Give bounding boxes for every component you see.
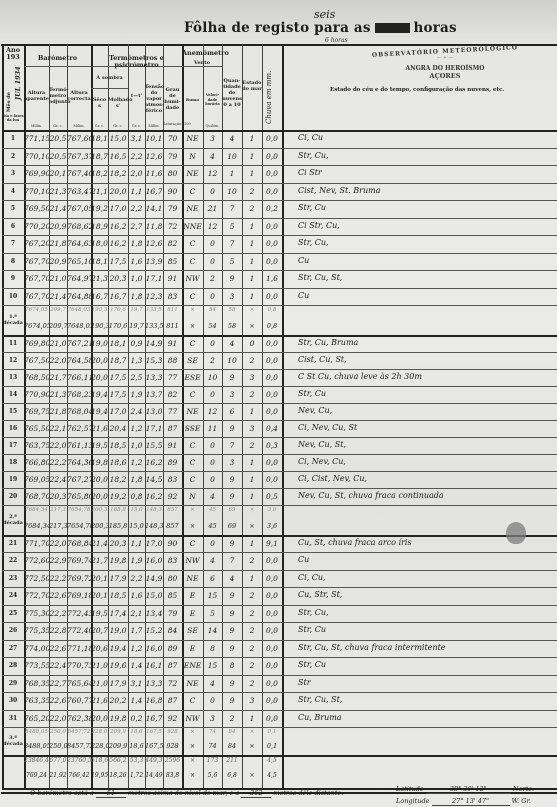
- cell-chuva: 0,0: [262, 239, 282, 248]
- cell-t: 22,4: [49, 475, 67, 484]
- cell-m: 18,1: [108, 339, 128, 348]
- remarks-d3: Ci, Cu,: [298, 573, 548, 582]
- cell-vel: 11: [203, 424, 222, 433]
- day-number: 17: [2, 442, 24, 449]
- day-number: 2: [2, 153, 24, 160]
- cell-mar: 1: [242, 222, 262, 231]
- decade-draft-chuva: 3,6: [262, 507, 282, 513]
- cell-h: 82: [163, 239, 182, 248]
- remarks-d1: Ci Str, Cu,: [298, 221, 548, 230]
- row-rule: [2, 403, 557, 404]
- header-a-sombra: À sombra: [91, 75, 128, 81]
- cell-nuv: 9: [222, 475, 242, 484]
- header-estado-mar: Estado do mar: [242, 80, 262, 92]
- cell-s: 20,1: [91, 591, 108, 600]
- cell-vel: 0: [203, 239, 222, 248]
- cell-vel: 0: [203, 339, 222, 348]
- row-rule: [2, 218, 557, 219]
- decade-draft-d: 19,7: [128, 307, 145, 313]
- cell-rumo: C: [182, 475, 203, 484]
- cell-t: 22,9: [49, 556, 67, 565]
- row-rule: [2, 305, 557, 306]
- cell-mar: 1: [242, 239, 262, 248]
- cell-h: 92: [163, 492, 182, 501]
- day-number: 15: [2, 408, 24, 415]
- cell-d: 2,0: [128, 169, 145, 178]
- header-velocidade: Veloci-dade horária: [203, 93, 222, 107]
- decade-draft-chuva: 0,1: [262, 729, 282, 735]
- cell-mar: 1: [242, 574, 262, 583]
- cell-alt: 767,70: [24, 292, 49, 301]
- unit-termo: Gr. c.: [49, 124, 67, 128]
- cell-tv: 16,0: [145, 556, 163, 565]
- remarks-d1: Ci Str: [298, 168, 548, 177]
- cell-d: 0,9: [128, 339, 145, 348]
- cell-alt: 771,15: [24, 134, 49, 143]
- unit-seco: Gr. c.: [91, 124, 108, 128]
- decade-total-chuva: 0,1: [262, 742, 282, 750]
- cell-h: 79: [163, 152, 182, 161]
- cell-t: 22,2: [49, 609, 67, 618]
- cell-mar: 3: [242, 424, 262, 433]
- cell-rumo: NNE: [182, 222, 203, 231]
- cell-alt: 767,70: [24, 257, 49, 266]
- cell-tv: 15,2: [145, 626, 163, 635]
- cell-tv: 15,3: [145, 356, 163, 365]
- cell-t: 22,7: [49, 679, 67, 688]
- cell-nuv: 7: [222, 556, 242, 565]
- cell-tv: 11,8: [145, 222, 163, 231]
- cell-vel: 12: [203, 169, 222, 178]
- decade-draft-cor: 7648,03: [67, 307, 91, 313]
- cell-t: 22,2: [49, 458, 67, 467]
- stamp-place: ANGRA DO HEROÍSMO: [370, 65, 520, 72]
- cell-nuv: 10: [222, 152, 242, 161]
- header-chuva: Chuva em mm.: [265, 71, 273, 124]
- cell-m: 19,4: [108, 644, 128, 653]
- cell-chuva: 0,0: [262, 407, 282, 416]
- cell-alt: 769,90: [24, 169, 49, 178]
- monthly-total-cor: 766,42: [67, 772, 91, 779]
- cell-rumo: C: [182, 257, 203, 266]
- cell-h: 77: [163, 373, 182, 382]
- cell-t: 22,1: [49, 424, 67, 433]
- cell-tv: 12,3: [145, 292, 163, 301]
- cell-m: 17,9: [108, 679, 128, 688]
- cell-nuv: 9: [222, 424, 242, 433]
- cell-vel: 4: [203, 556, 222, 565]
- day-number: 20: [2, 493, 24, 500]
- row-rule: [24, 66, 91, 67]
- cell-alt: 769,75: [24, 407, 49, 416]
- cell-nuv: 2: [222, 714, 242, 723]
- cell-nuv: 9: [222, 492, 242, 501]
- barometer-note: O barómetro está a 51 metros acima do ní…: [30, 789, 343, 798]
- cell-m: 18,5: [108, 441, 128, 450]
- cell-rumo: NE: [182, 134, 203, 143]
- column-rule: [282, 44, 284, 790]
- cell-rumo: C: [182, 239, 203, 248]
- cell-chuva: 0,2: [262, 204, 282, 213]
- cell-mar: 2: [242, 609, 262, 618]
- cell-nuv: 4: [222, 134, 242, 143]
- decade-draft-nuv: 58: [222, 307, 242, 313]
- cell-alt: 771,70: [24, 539, 49, 548]
- cell-vel: 8: [203, 644, 222, 653]
- cell-s: 18,0: [91, 239, 108, 248]
- cell-m: 18,5: [108, 591, 128, 600]
- day-number: 14: [2, 391, 24, 398]
- cell-tv: 13,7: [145, 390, 163, 399]
- remarks-d2: Nev, Cu, St,: [298, 440, 548, 449]
- cell-mar: 1: [242, 714, 262, 723]
- decade-total-rumo: ×: [182, 522, 203, 530]
- cell-chuva: 0,0: [262, 609, 282, 618]
- cell-tv: 15,5: [145, 441, 163, 450]
- cell-h: 85: [163, 591, 182, 600]
- header-rumo: Rumo: [182, 97, 203, 103]
- unit-tensao: Milím.: [145, 124, 163, 128]
- cell-mar: 2: [242, 441, 262, 450]
- header-vento: Vento: [182, 60, 222, 66]
- day-number: 27: [2, 645, 24, 652]
- decade-total-h: 811: [163, 322, 182, 330]
- decade-total-s: 228,0: [91, 742, 108, 750]
- cell-mar: 2: [242, 204, 262, 213]
- cell-cor: 767,60: [67, 134, 91, 143]
- remarks-d1: Cu: [298, 256, 548, 265]
- monthly-total-s: 618,6: [91, 757, 108, 764]
- cell-rumo: ENE: [182, 661, 203, 670]
- cell-cor: 764,88: [67, 292, 91, 301]
- row-rule: [2, 270, 557, 271]
- decade-total-mar: ×: [242, 522, 262, 530]
- remarks-d2: C St Cu, chuva leve às 2h 30m: [298, 372, 548, 381]
- cell-mar: 2: [242, 644, 262, 653]
- decade-draft-nuv: 69: [222, 507, 242, 513]
- cell-tv: 17,0: [145, 539, 163, 548]
- decade-draft-alt: 7684,34: [24, 507, 49, 513]
- cell-h: 83: [163, 292, 182, 301]
- cell-tv: 14,5: [145, 475, 163, 484]
- unit-velocidade: Quilóm.: [203, 124, 222, 128]
- cell-s: 21,0: [91, 679, 108, 688]
- cell-h: 89: [163, 644, 182, 653]
- decade-draft-alt: 7674,05: [24, 307, 49, 313]
- decade-draft-s: 190,3: [91, 307, 108, 313]
- day-number: 25: [2, 610, 24, 617]
- decade-total-d: 19,7: [128, 322, 145, 330]
- decade-total-d: 18,6: [128, 742, 145, 750]
- title-prefix: Fôlha de registo para as: [184, 20, 371, 36]
- cell-d: 1,4: [128, 696, 145, 705]
- decade-draft-tv: 133,5: [145, 307, 163, 313]
- decade-total-h: 928: [163, 742, 182, 750]
- cell-cor: 760,77: [67, 696, 91, 705]
- cell-s: 20,0: [91, 475, 108, 484]
- cell-tv: 12,6: [145, 239, 163, 248]
- cell-m: 17,0: [108, 407, 128, 416]
- cell-alt: 770,10: [24, 152, 49, 161]
- cell-h: 91: [163, 441, 182, 450]
- cell-rumo: NE: [182, 407, 203, 416]
- cell-vel: 3: [203, 714, 222, 723]
- day-number: 5: [2, 205, 24, 212]
- cell-chuva: 0,0: [262, 696, 282, 705]
- decade-label: 3.ª década: [2, 735, 24, 747]
- cell-t: 20,9: [49, 257, 67, 266]
- cell-h: 91: [163, 274, 182, 283]
- cell-s: 19,2: [91, 204, 108, 213]
- cell-tv: 16,7: [145, 714, 163, 723]
- latitude-suffix: Norte.: [513, 785, 534, 793]
- cell-alt: 765,50: [24, 424, 49, 433]
- monthly-total-chuva: 4,5: [262, 772, 282, 779]
- header-tensao: Tensão do vapor atmos-férico: [145, 84, 163, 114]
- cell-d: 1,0: [128, 441, 145, 450]
- cell-m: 16,7: [108, 292, 128, 301]
- day-number: 11: [2, 340, 24, 347]
- unit-molhado: Gr. c.: [108, 124, 128, 128]
- cell-h: 79: [163, 609, 182, 618]
- decade-total-t: 209,7: [49, 322, 67, 330]
- row-rule: [91, 88, 128, 89]
- row-rule: [2, 622, 557, 623]
- remarks-d2: Str, Cu, Bruma: [298, 338, 548, 347]
- cell-cor: 768,62: [67, 222, 91, 231]
- cell-vel: 0: [203, 475, 222, 484]
- cell-cor: 769,74: [67, 556, 91, 565]
- remarks-d2: Str, Cu: [298, 389, 548, 398]
- row-rule: [2, 675, 557, 676]
- cell-cor: 768,04: [67, 407, 91, 416]
- cell-cor: 772,40: [67, 626, 91, 635]
- row-rule: [2, 692, 557, 693]
- cell-t: 22,6: [49, 644, 67, 653]
- cell-nuv: 4: [222, 574, 242, 583]
- cell-mar: 2: [242, 187, 262, 196]
- day-number: 29: [2, 680, 24, 687]
- cell-d: 1,9: [128, 556, 145, 565]
- cell-mar: 1: [242, 292, 262, 301]
- day-number: 4: [2, 188, 24, 195]
- cell-s: 21,0: [91, 661, 108, 670]
- decade-total-rumo: ×: [182, 742, 203, 750]
- cell-alt: 772,70: [24, 591, 49, 600]
- decade-total-tv: 167,5: [145, 742, 163, 750]
- remarks-d3: Str: [298, 678, 548, 687]
- decade-draft-t: 209,7: [49, 307, 67, 313]
- header-molhado: Molhado s': [108, 97, 128, 109]
- cell-rumo: C: [182, 187, 203, 196]
- day-number: 8: [2, 258, 24, 265]
- remarks-d1: Ci, Cu: [298, 133, 548, 142]
- cell-s: 21,1: [91, 187, 108, 196]
- decade-total-mar: ×: [242, 742, 262, 750]
- cell-chuva: 0,0: [262, 661, 282, 670]
- cell-tv: 10,1: [145, 134, 163, 143]
- decade-draft-rumo: ×: [182, 307, 203, 313]
- decade-draft-m: 209,9: [108, 729, 128, 735]
- cell-alt: 763,35: [24, 696, 49, 705]
- cell-rumo: E: [182, 609, 203, 618]
- decade-label: 2.ª década: [2, 514, 24, 526]
- decade-draft-rumo: ×: [182, 507, 203, 513]
- decade-total-m: 185,8: [108, 522, 128, 530]
- decade-draft-cor: 7654,78: [67, 507, 91, 513]
- row-rule: [2, 130, 557, 132]
- cell-nuv: 6: [222, 407, 242, 416]
- remarks-d3: Cu, Str, St,: [298, 590, 548, 599]
- decade-total-tv: 148,3: [145, 522, 163, 530]
- remarks-d1: Str, Cu,: [298, 151, 548, 160]
- cell-vel: 5: [203, 609, 222, 618]
- decade-draft-mar: ×: [242, 729, 262, 735]
- decade-total-alt: 7684,34: [24, 522, 49, 530]
- remarks-d1: Cist, Nev, St. Bruma: [298, 186, 548, 195]
- stamp-region: AÇORES: [370, 72, 520, 80]
- cell-m: 19,6: [108, 661, 128, 670]
- cell-m: 18,2: [108, 475, 128, 484]
- row-rule: [2, 386, 557, 387]
- decade-draft-rumo: ×: [182, 729, 203, 735]
- cell-m: 16,5: [108, 152, 128, 161]
- cell-s: 20,1: [91, 574, 108, 583]
- cell-h: 72: [163, 222, 182, 231]
- cell-s: 20,0: [91, 356, 108, 365]
- cell-mar: 1: [242, 257, 262, 266]
- cell-cor: 771,18: [67, 644, 91, 653]
- cell-m: 20,2: [108, 696, 128, 705]
- cell-s: 19,0: [91, 339, 108, 348]
- cell-t: 21,4: [49, 292, 67, 301]
- day-number: 16: [2, 425, 24, 432]
- cell-rumo: NE: [182, 574, 203, 583]
- remarks-d3: Cu: [298, 555, 548, 564]
- cell-rumo: ESE: [182, 373, 203, 382]
- cell-d: 0,8: [128, 492, 145, 501]
- cell-alt: 767,20: [24, 239, 49, 248]
- remarks-d3: Str, Cu: [298, 660, 548, 669]
- unit-alt-aparente: Milím.: [24, 124, 49, 128]
- decade-draft-chuva: 0,8: [262, 307, 282, 313]
- cell-nuv: 9: [222, 591, 242, 600]
- cell-alt: 773,55: [24, 661, 49, 670]
- cell-nuv: 7: [222, 441, 242, 450]
- cell-d: 1,0: [128, 274, 145, 283]
- header-month-value: JUL 1934: [14, 66, 22, 100]
- cell-m: 18,2: [108, 169, 128, 178]
- decade-total-cor: 7654,78: [67, 522, 91, 530]
- cell-s: 18,7: [91, 152, 108, 161]
- cell-chuva: 0,0: [262, 644, 282, 653]
- remarks-d1: Str, Cu,: [298, 238, 548, 247]
- cell-h: 82: [163, 390, 182, 399]
- cell-cor: 769,18: [67, 591, 91, 600]
- cell-rumo: NW: [182, 714, 203, 723]
- decade-total-vel: 45: [203, 522, 222, 530]
- cell-tv: 16,0: [145, 644, 163, 653]
- cell-alt: 765,20: [24, 714, 49, 723]
- cell-tv: 14,1: [145, 204, 163, 213]
- decade-draft-alt: 8488,05: [24, 729, 49, 735]
- cell-d: 1,6: [128, 257, 145, 266]
- cell-chuva: 0,0: [262, 679, 282, 688]
- cell-s: 21,6: [91, 424, 108, 433]
- row-rule: [2, 552, 557, 553]
- decade-total-mar: ×: [242, 322, 262, 330]
- cell-alt: 767,70: [24, 274, 49, 283]
- monthly-total-tv: 14,49: [145, 772, 163, 779]
- decade-total-s: 200,3: [91, 522, 108, 530]
- longitude: Longitude 27° 13' 47" W. Gr.: [396, 797, 531, 806]
- cell-vel: 0: [203, 441, 222, 450]
- cell-h: 79: [163, 204, 182, 213]
- barometer-suffix: metros dêle distante.: [273, 789, 343, 797]
- cell-alt: 772,50: [24, 574, 49, 583]
- cell-t: 21,8: [49, 407, 67, 416]
- cell-t: 21,3: [49, 390, 67, 399]
- monthly-total-m: 566,2: [108, 757, 128, 764]
- cell-vel: 10: [203, 373, 222, 382]
- cell-m: 20,4: [108, 424, 128, 433]
- cell-s: 18,1: [91, 257, 108, 266]
- header-barometro: Barómetro: [24, 55, 91, 62]
- row-rule: [2, 148, 557, 149]
- cell-rumo: NE: [182, 204, 203, 213]
- cell-vel: 0: [203, 458, 222, 467]
- monthly-total-vel: 5,6: [203, 772, 222, 779]
- cell-t: 21,8: [49, 239, 67, 248]
- cell-cor: 767,27: [67, 475, 91, 484]
- cell-rumo: C: [182, 292, 203, 301]
- day-number: 13: [2, 374, 24, 381]
- cell-h: 80: [163, 574, 182, 583]
- cell-m: 19,2: [108, 492, 128, 501]
- cell-s: 16,7: [91, 292, 108, 301]
- cell-chuva: 0,0: [262, 187, 282, 196]
- cell-nuv: 10: [222, 187, 242, 196]
- cell-tv: 13,3: [145, 679, 163, 688]
- cell-mar: 1: [242, 274, 262, 283]
- decade-draft-t: 217,3: [49, 507, 67, 513]
- cell-rumo: SE: [182, 626, 203, 635]
- cell-rumo: C: [182, 390, 203, 399]
- cell-alt: 769,80: [24, 339, 49, 348]
- cell-alt: 775,35: [24, 626, 49, 635]
- row-rule: [2, 369, 557, 370]
- cell-h: 87: [163, 696, 182, 705]
- cell-vel: 0: [203, 257, 222, 266]
- cell-d: 1,1: [128, 539, 145, 548]
- cell-chuva: 0,0: [262, 339, 282, 348]
- cell-d: 1,8: [128, 475, 145, 484]
- cell-h: 84: [163, 626, 182, 635]
- decade-total-vel: 54: [203, 322, 222, 330]
- cell-rumo: C: [182, 696, 203, 705]
- cell-chuva: 1,6: [262, 274, 282, 283]
- title-suffix: horas: [414, 20, 457, 36]
- cell-rumo: C: [182, 441, 203, 450]
- decade-total-nuv: 84: [222, 742, 242, 750]
- cell-s: 19,8: [91, 458, 108, 467]
- cell-nuv: 3: [222, 292, 242, 301]
- cell-rumo: NE: [182, 169, 203, 178]
- cell-chuva: 0,0: [262, 475, 282, 484]
- header-anemometro: Anemómetro: [182, 50, 222, 57]
- cell-m: 19,0: [108, 626, 128, 635]
- monthly-total-alt: 23846,44: [24, 757, 49, 764]
